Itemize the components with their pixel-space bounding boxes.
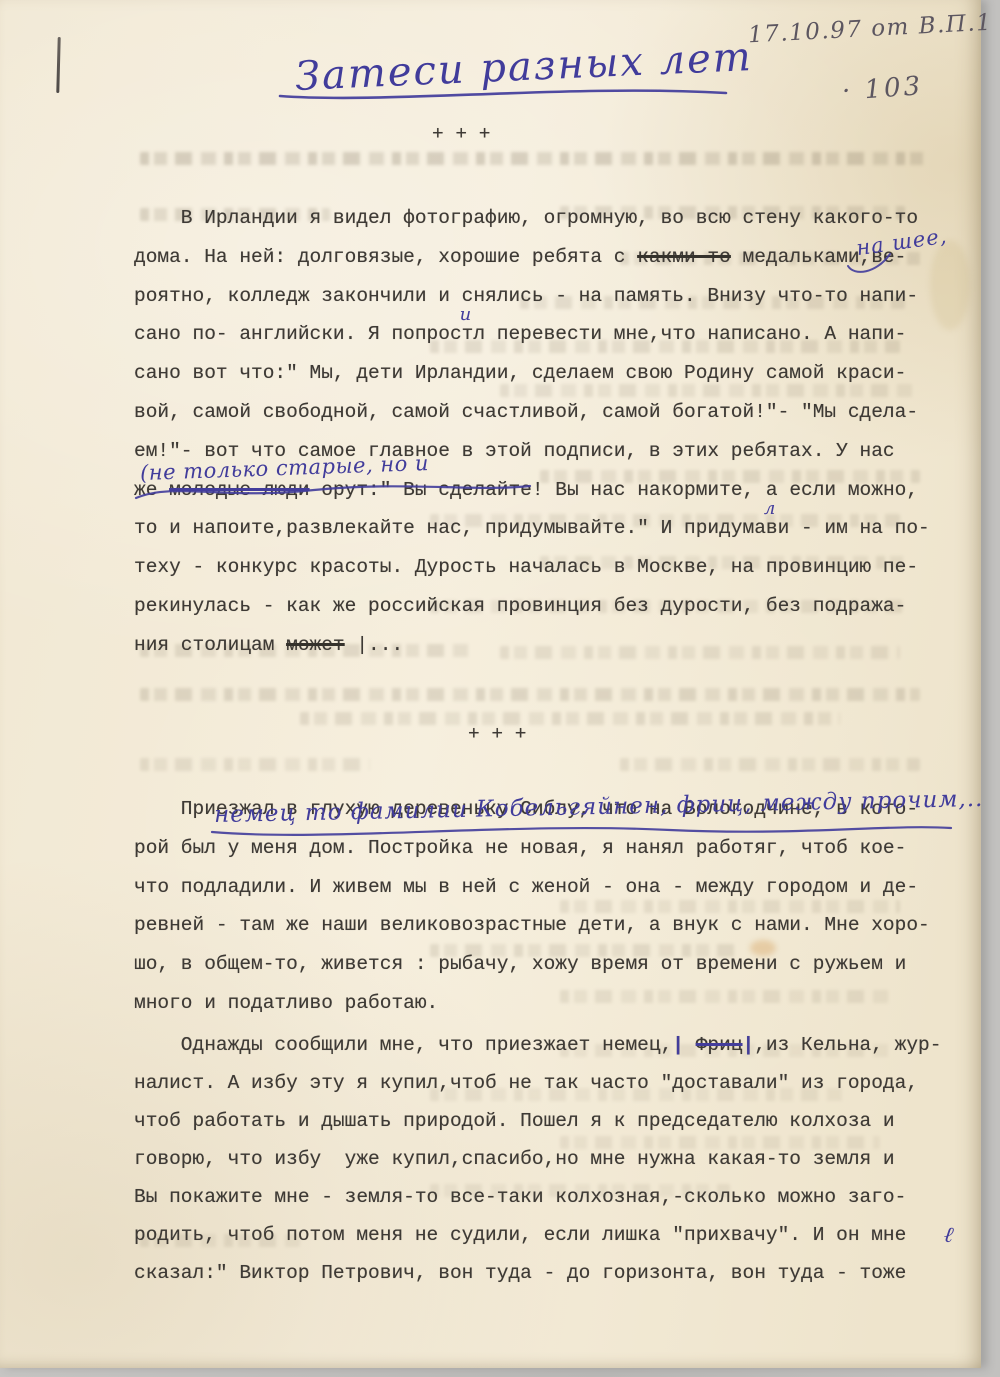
typed-separator: + + + xyxy=(432,123,491,145)
handwritten-correction-letter: л xyxy=(764,500,775,518)
scanned-manuscript-page: { "document": { "handwritten": { "date_n… xyxy=(0,0,1000,1377)
ghost-bleedthrough-line xyxy=(300,712,840,725)
typed-segment-ov: ти xyxy=(462,323,474,345)
typed-segment: много и податливо работаю. xyxy=(134,992,438,1014)
typed-line: ревней - там же наши великовозрастные де… xyxy=(134,906,930,945)
ghost-bleedthrough-line xyxy=(620,758,920,771)
ghost-bleedthrough-line xyxy=(140,152,926,165)
typed-segment: Однажды сообщили мне, что приезжает неме… xyxy=(134,1034,672,1056)
typed-segment: Вы покажите мне - земля-то все-таки колх… xyxy=(134,1186,906,1208)
typed-segment: то и напоите,развлекайте нас, придумывай… xyxy=(134,517,766,539)
typed-segment-b: | xyxy=(672,1034,684,1056)
typed-line: вой, самой свободной, самой счастливой, … xyxy=(134,393,930,432)
ghost-bleedthrough-line xyxy=(140,758,370,771)
typed-line: рой был у меня дом. Постройка не новая, … xyxy=(134,829,930,868)
typed-paragraph: В Ирландии я видел фотографию, огромную,… xyxy=(134,199,930,665)
typed-line: роятно, колледж закончили и снялись - на… xyxy=(134,277,930,316)
typed-line: шо, в общем-то, живется : рыбачу, хожу в… xyxy=(134,945,930,984)
typed-segment: теху - конкурс красоты. Дурость началась… xyxy=(134,556,918,578)
typed-segment: ,из Кельна, жур- xyxy=(754,1034,941,1056)
handwritten-correction-letter: и xyxy=(460,306,472,324)
typed-segment: роятно, колледж закончили и снялись - на… xyxy=(134,285,918,307)
typed-line: Однажды сообщили мне, что приезжает неме… xyxy=(134,1026,941,1064)
typed-segment-b: | xyxy=(743,1034,755,1056)
typed-segment: шо, в общем-то, живется : рыбачу, хожу в… xyxy=(134,953,906,975)
typed-line: много и податливо работаю. xyxy=(134,984,930,1023)
typed-separator: + + + xyxy=(468,723,527,745)
typed-line: рекинулась - как же российская провинция… xyxy=(134,587,930,626)
typed-segment: сказал:" Виктор Петрович, вон туда - до … xyxy=(134,1262,906,1284)
typed-line: налист. А избу эту я купил,чтоб не так ч… xyxy=(134,1064,941,1102)
typed-segment: родить, чтоб потом меня не судили, если … xyxy=(134,1224,906,1246)
typed-segment: рой был у меня дом. Постройка не новая, … xyxy=(134,837,906,859)
typed-line: В Ирландии я видел фотографию, огромную,… xyxy=(134,199,930,238)
typed-segment-sb: Фриц xyxy=(696,1034,743,1056)
typed-segment: В Ирландии я видел фотографию, огромную,… xyxy=(134,207,918,229)
typed-segment: налист. А избу эту я купил,чтоб не так ч… xyxy=(134,1072,918,1094)
typed-line: Вы покажите мне - земля-то все-таки колх… xyxy=(134,1178,941,1216)
typed-segment: ния столицам xyxy=(134,634,286,656)
typed-line: говорю, что избу уже купил,спасибо,но мн… xyxy=(134,1140,941,1178)
typed-segment: и - им на по- xyxy=(778,517,930,539)
typed-line: сано по- английски. Я попростил перевест… xyxy=(134,315,930,354)
typed-segment: сано по- английски. Я попрос xyxy=(134,323,462,345)
typed-segment: л перевести мне,что написано. А напи- xyxy=(473,323,906,345)
typed-line: родить, чтоб потом меня не судили, если … xyxy=(134,1216,941,1254)
handwritten-page-number: · 103 xyxy=(841,71,924,107)
typed-segment: орут:" Вы сделайте! Вы нас накормите, а … xyxy=(310,479,919,501)
typed-paragraph: Однажды сообщили мне, что приезжает неме… xyxy=(134,1026,941,1292)
typed-segment: говорю, что избу уже купил,спасибо,но мн… xyxy=(134,1148,895,1170)
paper-stain xyxy=(930,240,970,330)
typed-segment: чтоб работать и дышать природой. Пошел я… xyxy=(134,1110,895,1132)
ghost-bleedthrough-line xyxy=(140,688,920,701)
typed-segment: |... xyxy=(345,634,404,656)
typed-line: теху - конкурс красоты. Дурость началась… xyxy=(134,548,930,587)
typed-segment: вой, самой свободной, самой счастливой, … xyxy=(134,401,918,423)
typed-segment xyxy=(684,1034,696,1056)
typed-line: дома. На ней: долговязые, хорошие ребята… xyxy=(134,238,930,277)
typed-segment-s: какми-то xyxy=(637,246,731,268)
typed-line: что подладили. И живем мы в ней с женой … xyxy=(134,868,930,907)
typed-segment: ревней - там же наши великовозрастные де… xyxy=(134,914,930,936)
typed-segment-ov: вл xyxy=(766,517,778,539)
typed-line: сано вот что:" Мы, дети Ирландии, сделае… xyxy=(134,354,930,393)
typed-segment: что подладили. И живем мы в ней с женой … xyxy=(134,876,918,898)
typed-line: чтоб работать и дышать природой. Пошел я… xyxy=(134,1102,941,1140)
typed-segment: дома. На ней: долговязые, хорошие ребята… xyxy=(134,246,637,268)
typed-line: то и напоите,развлекайте нас, придумывай… xyxy=(134,509,930,548)
typed-segment: рекинулась - как же российская провинция… xyxy=(134,595,906,617)
typed-line: сказал:" Виктор Петрович, вон туда - до … xyxy=(134,1254,941,1292)
typed-segment: сано вот что:" Мы, дети Ирландии, сделае… xyxy=(134,362,906,384)
typed-line: ния столицам может |... xyxy=(134,626,930,665)
typed-segment-s: может xyxy=(286,634,345,656)
